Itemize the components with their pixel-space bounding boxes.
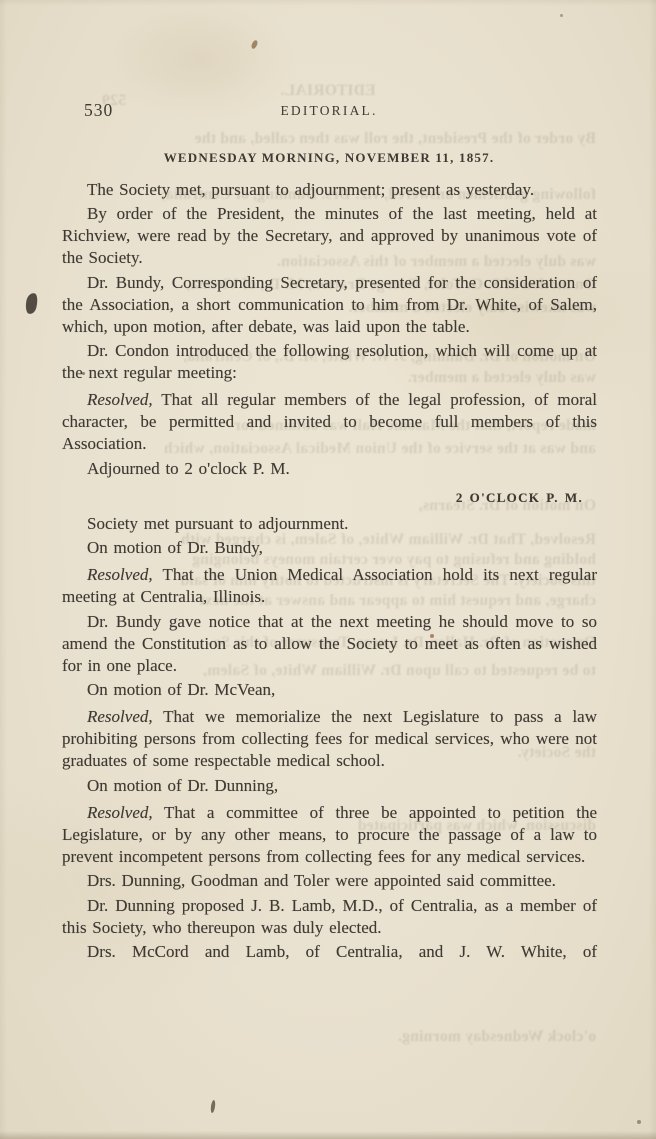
- ink-blot: [24, 292, 38, 315]
- resolved-lead: Resolved,: [87, 390, 153, 409]
- resolution-paragraph: Resolved, That we memorialize the next L…: [62, 706, 597, 772]
- bleedthrough-text: By order of the President, the roll was …: [60, 130, 596, 148]
- resolved-lead: Resolved,: [87, 803, 153, 822]
- bleedthrough-text: o'clock Wednesday morning.: [60, 1028, 596, 1046]
- page-number: 530: [84, 100, 113, 121]
- paragraph: Dr. Bundy gave notice that at the next m…: [62, 611, 597, 677]
- session-date-heading: WEDNESDAY MORNING, NOVEMBER 11, 1857.: [62, 150, 596, 166]
- paragraph: On motion of Dr. McVean,: [62, 679, 597, 701]
- paragraph: Drs. Dunning, Goodman and Toler were app…: [62, 870, 597, 892]
- page-header: 530 EDITORIAL.: [62, 100, 596, 122]
- resolved-lead: Resolved,: [87, 707, 153, 726]
- paragraph: Adjourned to 2 o'clock P. M.: [62, 458, 597, 480]
- paper-speck: [560, 14, 563, 17]
- paper-speck: [250, 39, 258, 49]
- paragraph: Society met pursuant to adjournment.: [62, 513, 597, 535]
- running-header: EDITORIAL.: [62, 100, 596, 119]
- paragraph: By order of the President, the minutes o…: [62, 203, 597, 269]
- bleedthrough-text: EDITORIAL.: [60, 82, 596, 100]
- resolution-paragraph: Resolved, That the Union Medical Associa…: [62, 564, 597, 608]
- paragraph: On motion of Dr. Dunning,: [62, 775, 597, 797]
- body-text: The Society met, pursuant to adjournment…: [62, 176, 597, 963]
- paragraph: Dr. Condon introduced the following reso…: [62, 340, 597, 384]
- paper-speck: [210, 1100, 216, 1113]
- paragraph: Drs. McCord and Lamb, of Centralia, and …: [62, 941, 597, 963]
- paragraph: The Society met, pursuant to adjournment…: [62, 179, 597, 201]
- paper-speck: [637, 1120, 641, 1124]
- paragraph: Dr. Dunning proposed J. B. Lamb, M.D., o…: [62, 895, 597, 939]
- time-marker: 2 O'CLOCK P. M.: [62, 487, 597, 509]
- scanned-book-page: 529 EDITORIAL. By order of the President…: [0, 0, 656, 1139]
- paragraph: Dr. Bundy, Corresponding Secretary, pres…: [62, 272, 597, 338]
- resolution-paragraph: Resolved, That a committee of three be a…: [62, 802, 597, 868]
- paragraph: On motion of Dr. Bundy,: [62, 537, 597, 559]
- resolved-lead: Resolved,: [87, 565, 153, 584]
- resolution-paragraph: Resolved, That all regular members of th…: [62, 389, 597, 455]
